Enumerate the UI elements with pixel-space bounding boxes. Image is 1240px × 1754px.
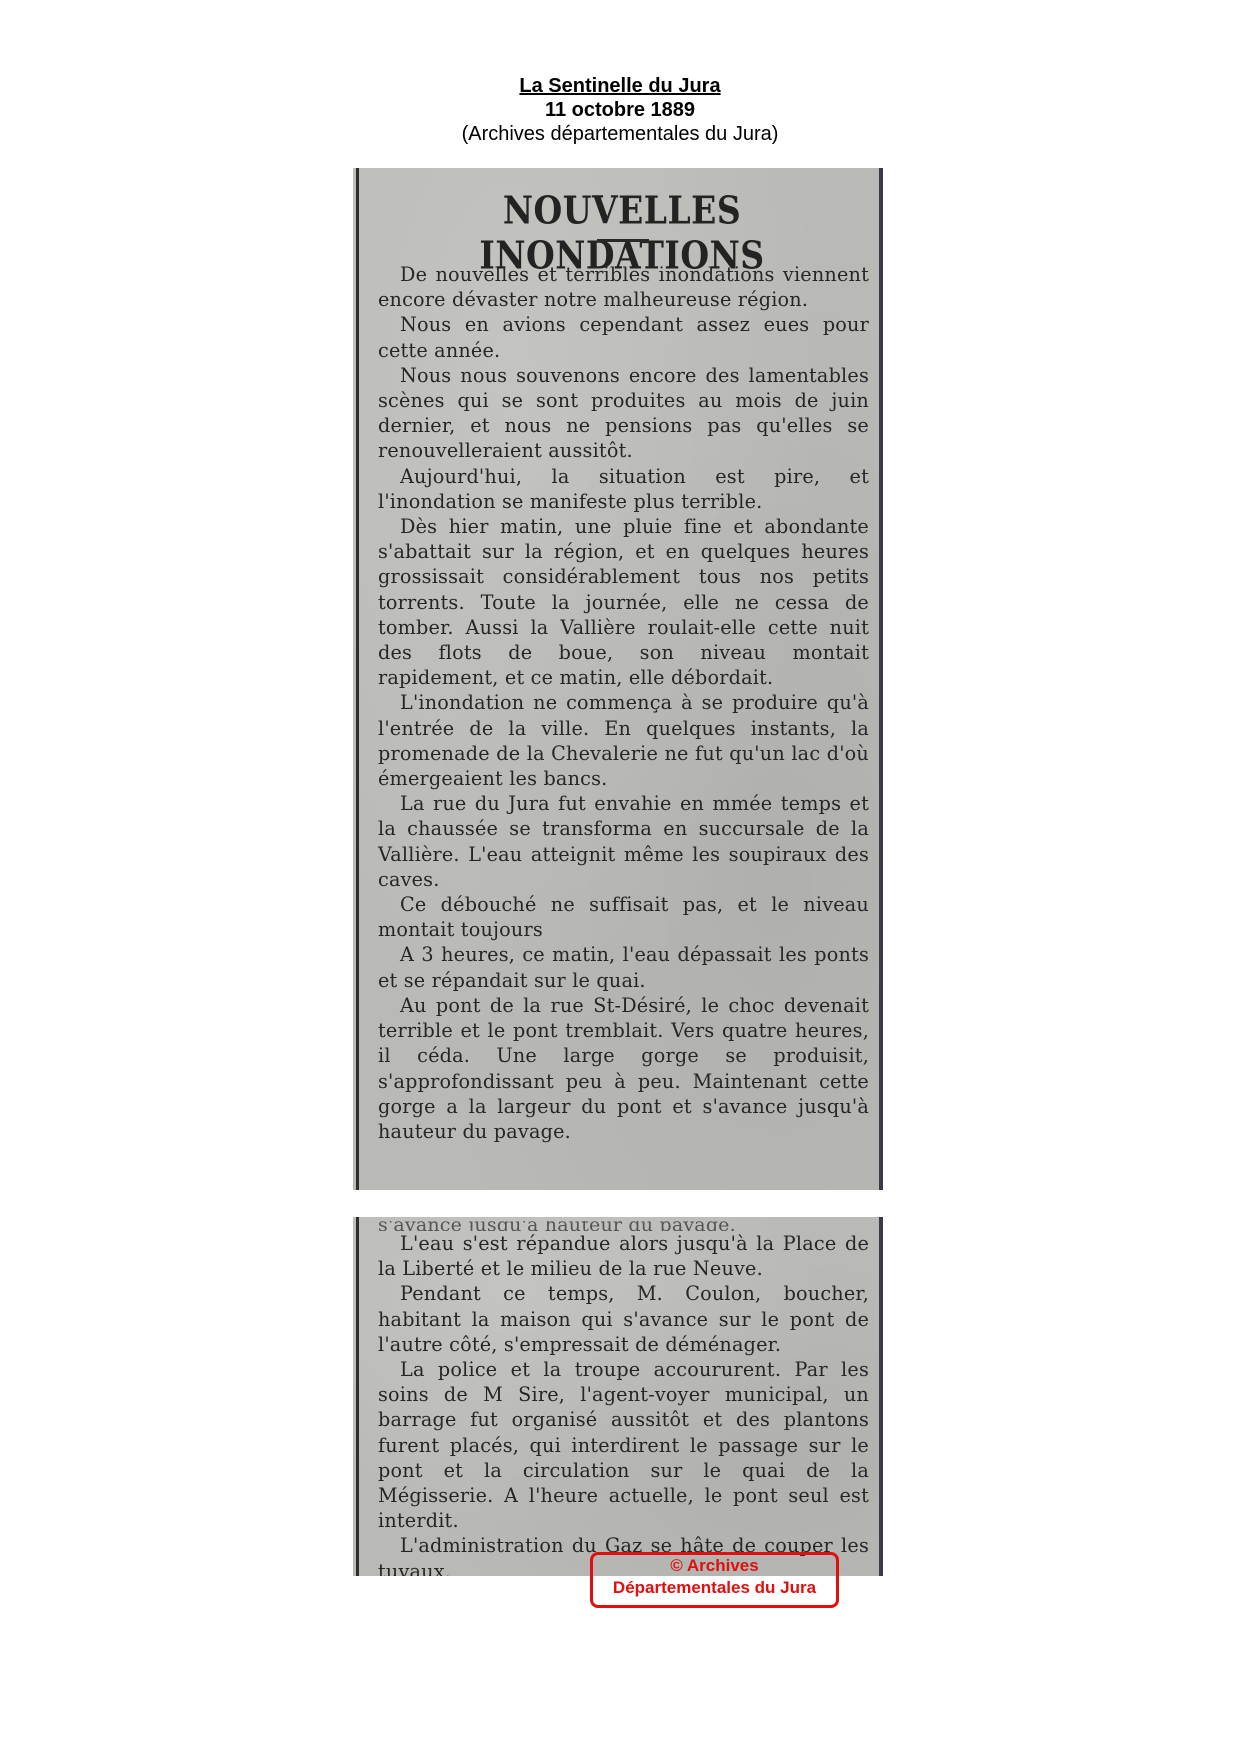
paragraph: Pendant ce temps, M. Coulon, boucher, ha…: [378, 1281, 869, 1357]
paragraph: La police et la troupe accoururent. Par …: [378, 1357, 869, 1533]
paragraph: A 3 heures, ce matin, l'eau dépassait le…: [378, 942, 869, 992]
article-body-part-2: s'avance jusqu'à hauteur du pavage. L'ea…: [378, 1221, 869, 1576]
headline-divider: [597, 239, 649, 242]
watermark-line-1: © Archives: [593, 1555, 836, 1577]
overlap-partial-line: s'avance jusqu'à hauteur du pavage.: [378, 1221, 869, 1231]
paragraph: L'inondation ne commença à se produire q…: [378, 690, 869, 791]
article-body-part-1: De nouvelles et terribles inondations vi…: [378, 262, 869, 1144]
source-credit: (Archives départementales du Jura): [0, 122, 1240, 146]
newspaper-title: La Sentinelle du Jura: [0, 74, 1240, 98]
paragraph: Ce débouché ne suffisait pas, et le nive…: [378, 892, 869, 942]
paragraph: Nous en avions cependant assez eues pour…: [378, 312, 869, 362]
newspaper-clipping-part-2: s'avance jusqu'à hauteur du pavage. L'ea…: [353, 1217, 883, 1576]
watermark-line-2: Départementales du Jura: [593, 1577, 836, 1599]
publication-date: 11 octobre 1889: [0, 98, 1240, 122]
paragraph: La rue du Jura fut envahie en mmée temps…: [378, 791, 869, 892]
copyright-watermark: © Archives Départementales du Jura: [590, 1552, 839, 1608]
paragraph: Nous nous souvenons encore des lamentabl…: [378, 363, 869, 464]
paragraph: Aujourd'hui, la situation est pire, et l…: [378, 464, 869, 514]
newspaper-clipping-part-1: NOUVELLES INONDATIONS De nouvelles et te…: [353, 168, 883, 1190]
paragraph: De nouvelles et terribles inondations vi…: [378, 262, 869, 312]
paragraph: Au pont de la rue St-Désiré, le choc dev…: [378, 993, 869, 1144]
paragraph: Dès hier matin, une pluie fine et abonda…: [378, 514, 869, 690]
paragraph: L'eau s'est répandue alors jusqu'à la Pl…: [378, 1231, 869, 1281]
